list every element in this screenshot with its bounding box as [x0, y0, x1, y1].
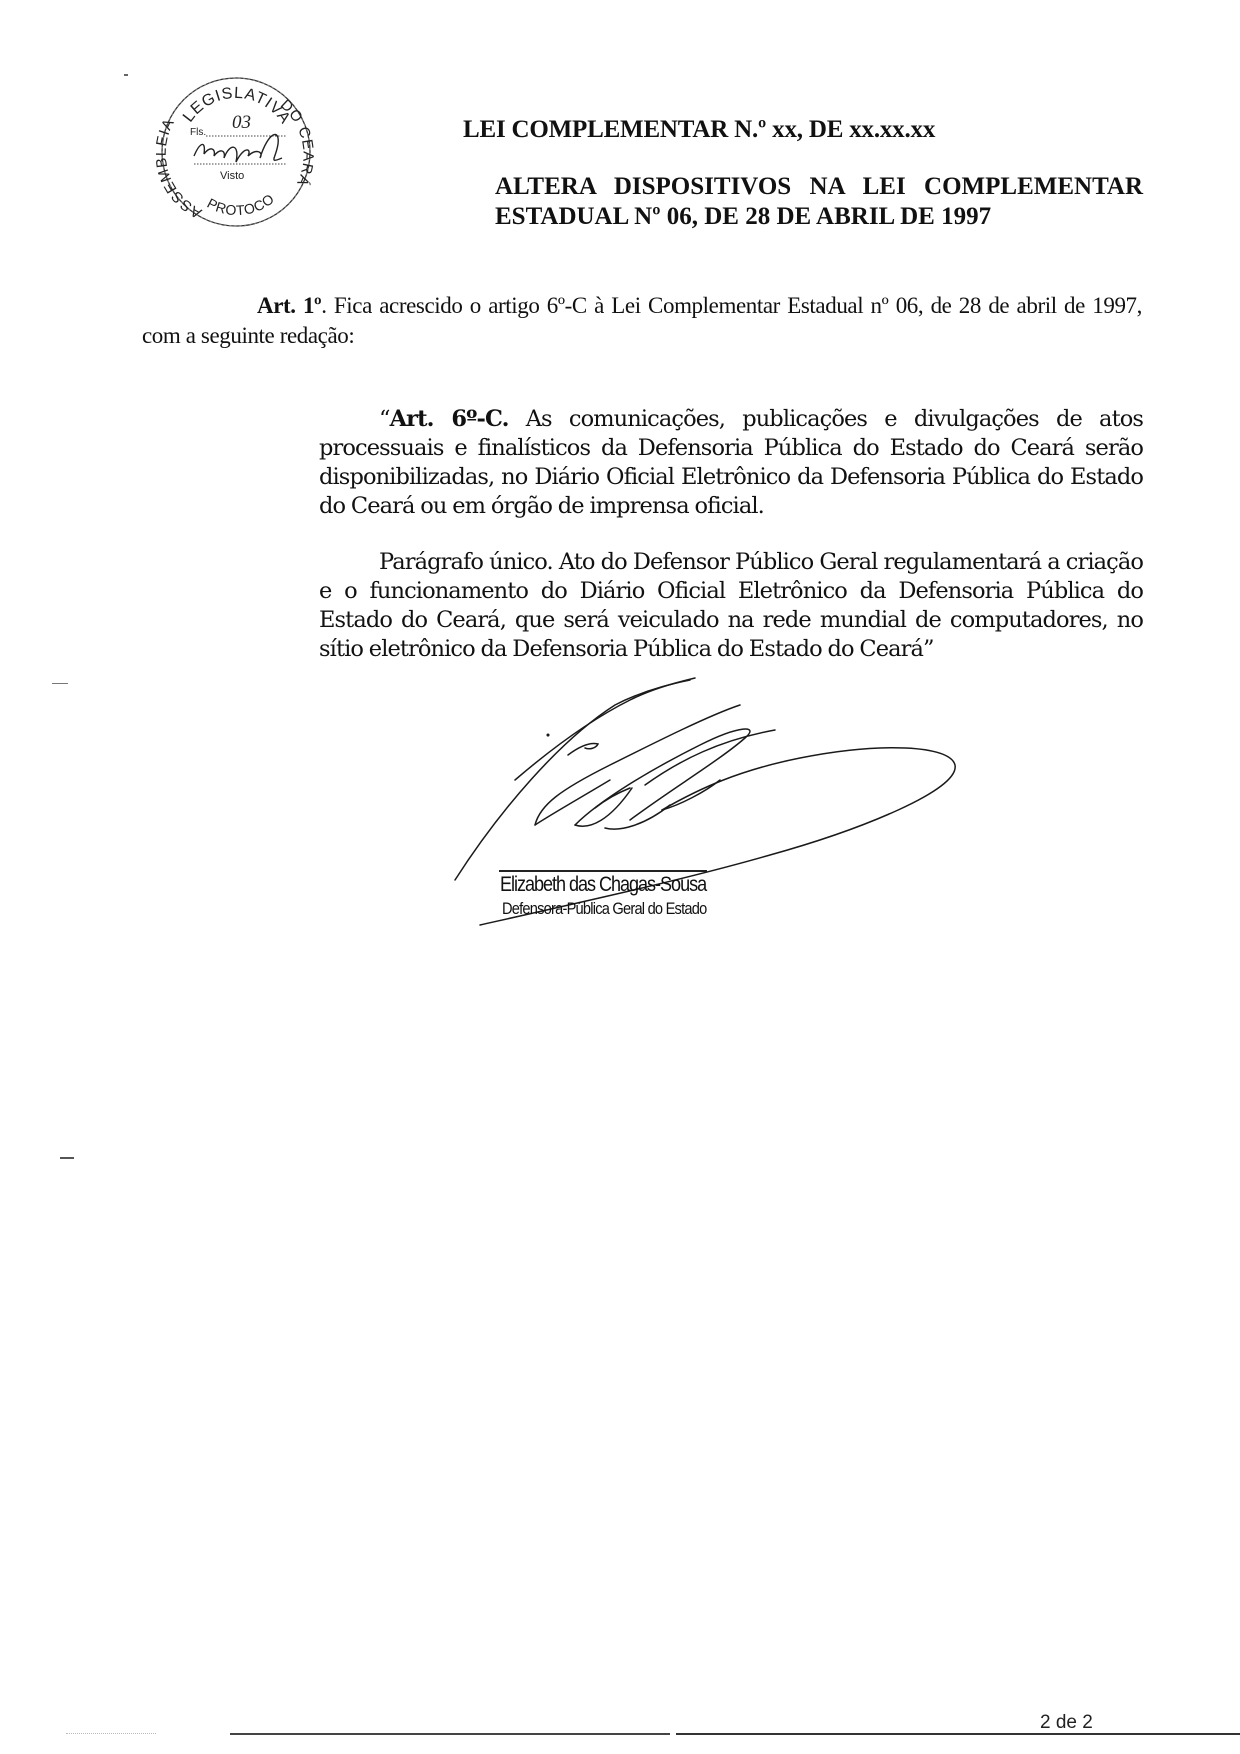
scan-mark	[124, 74, 128, 76]
stamp-seal-icon: LEGISLATIVA ASSEMBLÉIA DO CEARÁ PROTOCOL…	[156, 72, 316, 232]
stamp-sheets-number: 03	[232, 112, 251, 133]
article-1: Art. 1º. Fica acrescido o artigo 6º-C à …	[142, 291, 1142, 351]
paragraph-unico: Parágrafo único. Ato do Defensor Público…	[319, 548, 1143, 664]
stamp-sheets-label: Fls.	[190, 127, 206, 138]
footer-rule	[230, 1733, 670, 1735]
law-summary-line-2: ESTADUAL Nº 06, DE 28 DE ABRIL DE 1997	[495, 202, 1143, 232]
footer-rule	[676, 1733, 1240, 1735]
document-page: LEGISLATIVA ASSEMBLÉIA DO CEARÁ PROTOCOL…	[0, 0, 1240, 1754]
signer-name: Elizabeth das Chagas-Sousa	[500, 873, 706, 897]
svg-text:DO CEARÁ: DO CEARÁ	[277, 96, 316, 189]
signature-line	[499, 870, 707, 872]
law-title: LEI COMPLEMENTAR N.º xx, DE xx.xx.xx	[463, 116, 935, 144]
footer-rule	[66, 1733, 156, 1734]
signer-title: Defensora-Pública Geral do Estado	[502, 899, 706, 919]
stamp-visto-label: Visto	[220, 170, 244, 182]
page-number: 2 de 2	[1040, 1712, 1093, 1734]
scan-mark	[60, 1157, 74, 1159]
article-6c: “Art. 6º-C. As comunicações, publicações…	[319, 405, 1143, 521]
protocol-stamp: LEGISLATIVA ASSEMBLÉIA DO CEARÁ PROTOCOL…	[156, 72, 316, 232]
article-1-label: Art. 1º	[257, 293, 321, 318]
stamp-right-text: DO CEARÁ	[277, 96, 316, 189]
law-summary: ALTERA DISPOSITIVOS NA LEI COMPLEMENTAR …	[495, 172, 1143, 232]
article-6c-open-quote: “	[379, 406, 390, 432]
stamp-initials-icon	[194, 135, 282, 162]
scan-mark	[52, 683, 68, 684]
article-6c-label: Art. 6º-C.	[390, 406, 509, 432]
law-summary-line-1: ALTERA DISPOSITIVOS NA LEI COMPLEMENTAR	[495, 172, 1143, 202]
